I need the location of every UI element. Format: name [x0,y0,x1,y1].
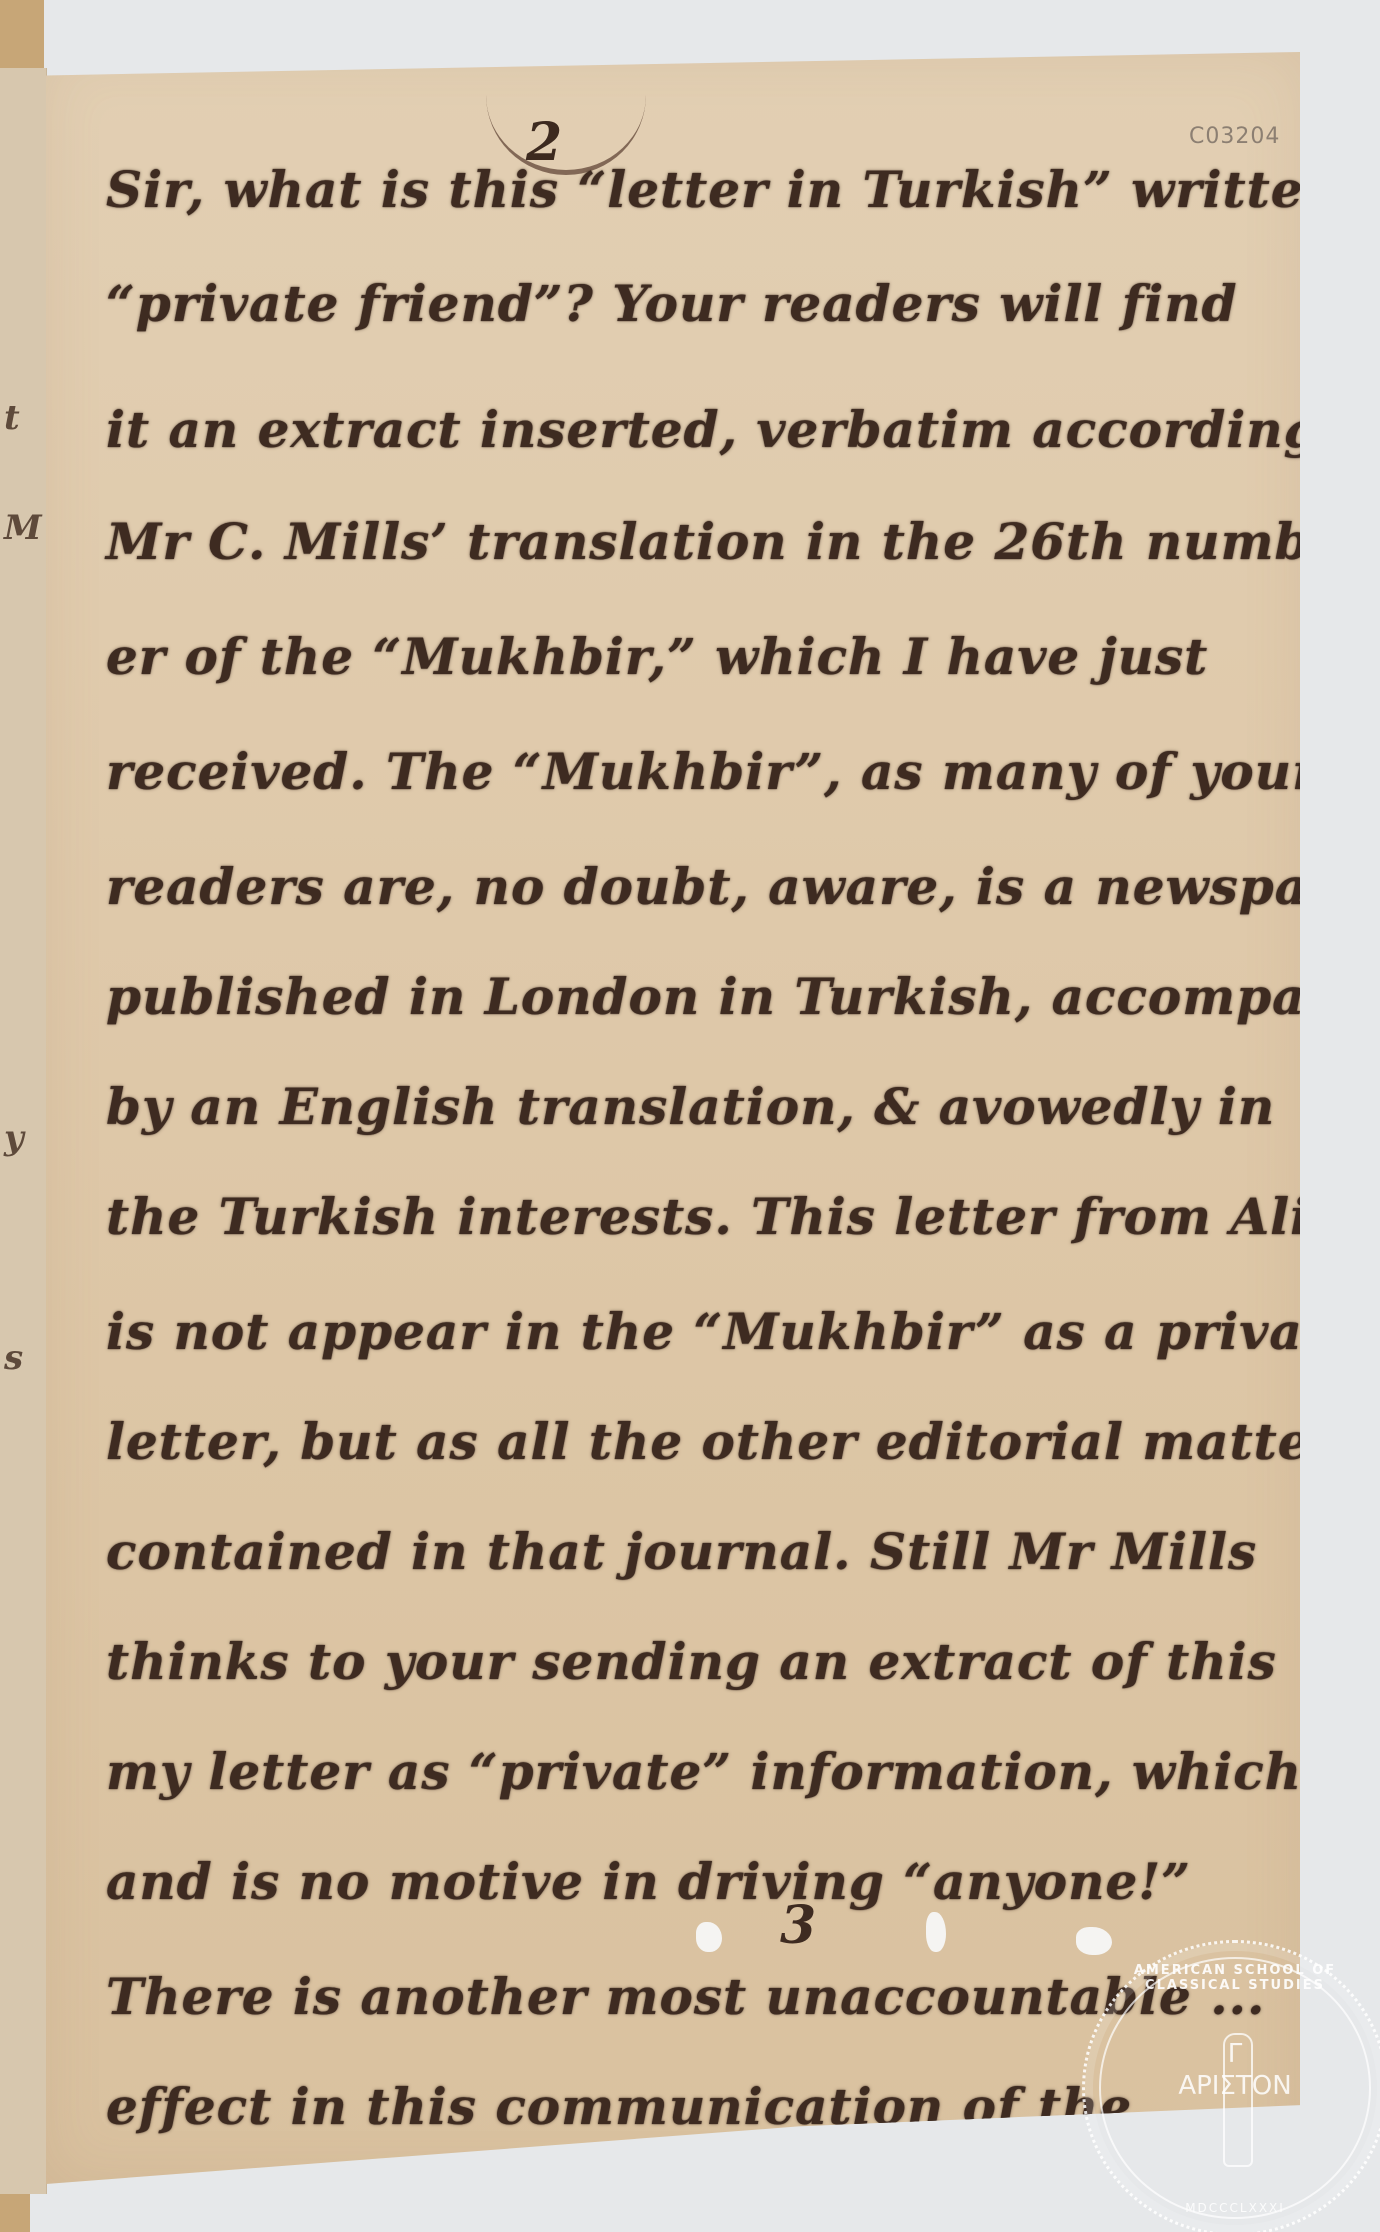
text-line: thinks to your sending an extract of thi… [106,1632,1277,1691]
text-line: my letter as “private” information, whic… [106,1742,1302,1801]
margin-fragment: s [4,1338,40,1378]
text-line: er of the “Mukhbir,” which I have just [106,627,1208,686]
paper-loss [696,1922,722,1952]
adjacent-page-edge: t M y s [0,68,47,2194]
text-line: “private friend”? Your readers will find [106,274,1238,333]
seal-inscription: AMERICAN SCHOOL OF CLASSICAL STUDIES [1085,1963,1380,1993]
text-line: Mr C. Mills’ translation in the 26th num… [106,512,1332,571]
seal-lamp-emblem-icon [1223,2033,1253,2167]
text-line: received. The “Mukhbir”, as many of your [106,742,1319,801]
text-line: by an English translation, & avowedly in [106,1077,1275,1136]
page-marker: 3 [780,1895,816,1956]
text-line: the Turkish interests. This letter from … [106,1187,1310,1246]
text-line: is not appear in the “Mukhbir” as a priv… [106,1302,1360,1361]
text-line: letter, but as all the other editorial m… [106,1412,1338,1471]
text-line: effect in this communication of the ... [106,2077,1206,2136]
text-line: it an extract inserted, verbatim accordi… [106,400,1380,459]
margin-fragment: M [4,508,40,548]
margin-fragment: y [4,1118,40,1158]
seal-date: MDCCCLXXXI [1085,2201,1380,2215]
archive-id: C03204 [1189,124,1280,149]
paper-loss [926,1912,946,1952]
institution-seal-stamp: AMERICAN SCHOOL OF CLASSICAL STUDIES Γ Α… [1082,1940,1380,2232]
text-line: contained in that journal. Still Mr Mill… [106,1522,1257,1581]
paper-loss [1076,1927,1112,1955]
mount-tab-top [0,0,44,72]
mount-tab-bottom [0,2190,30,2232]
margin-fragment: t [4,398,40,438]
text-line: and is no motive in driving “anyone!” [106,1852,1191,1911]
text-line: readers are, no doubt, aware, is a newsp… [106,857,1380,916]
text-line: published in London in Turkish, accompan… [106,967,1380,1026]
text-line: Sir, what is this “letter in Turkish” wr… [106,160,1341,219]
manuscript-page: 2 C03204 Sir, what is this “letter in Tu… [46,52,1300,2184]
